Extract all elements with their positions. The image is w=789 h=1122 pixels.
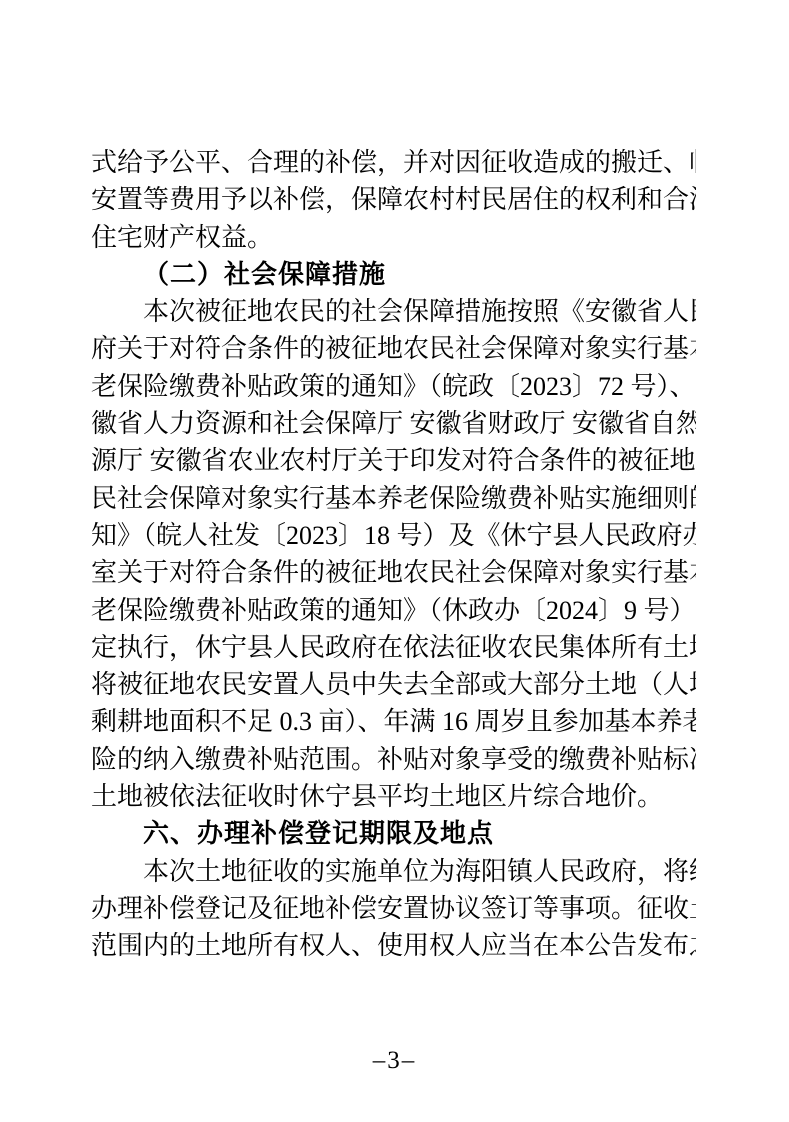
text-line: 范围内的土地所有权人、使用权人应当在本公告发布之日 <box>91 927 696 964</box>
document-page: 式给予公平、合理的补偿，并对因征收造成的搬迁、临时安置等费用予以补偿，保障农村村… <box>0 0 789 1122</box>
text-line: 式给予公平、合理的补偿，并对因征收造成的搬迁、临时 <box>91 144 696 181</box>
text-line: 险的纳入缴费补贴范围。补贴对象享受的缴费补贴标准为 <box>91 741 696 778</box>
document-body: 式给予公平、合理的补偿，并对因征收造成的搬迁、临时安置等费用予以补偿，保障农村村… <box>91 144 696 965</box>
heading-registration-deadline-location: 六、办理补偿登记期限及地点 <box>91 815 696 852</box>
text-line: 本次被征地农民的社会保障措施按照《安徽省人民政 <box>91 293 696 330</box>
text-line: 安置等费用予以补偿，保障农村村民居住的权利和合法的 <box>91 181 696 218</box>
text-line: 剩耕地面积不足 0.3 亩）、年满 16 周岁且参加基本养老保 <box>91 703 696 740</box>
heading-social-security-measures: （二）社会保障措施 <box>91 256 696 293</box>
text-line: 民社会保障对象实行基本养老保险缴费补贴实施细则的通 <box>91 480 696 517</box>
text-line: 土地被依法征收时休宁县平均土地区片综合地价。 <box>91 778 696 815</box>
text-line: 老保险缴费补贴政策的通知》（休政办〔2024〕9 号）的规 <box>91 592 696 629</box>
text-line: 徽省人力资源和社会保障厅 安徽省财政厅 安徽省自然资 <box>91 405 696 442</box>
text-line: 本次土地征收的实施单位为海阳镇人民政府，将组织 <box>91 853 696 890</box>
page-number: –3– <box>0 1047 789 1075</box>
text-line: 知》（皖人社发〔2023〕18 号）及《休宁县人民政府办公 <box>91 517 696 554</box>
text-line: 住宅财产权益。 <box>91 219 696 256</box>
text-line: 定执行，休宁县人民政府在依法征收农民集体所有土地时， <box>91 629 696 666</box>
text-line: 将被征地农民安置人员中失去全部或大部分土地（人均所 <box>91 666 696 703</box>
text-line: 府关于对符合条件的被征地农民社会保障对象实行基本养 <box>91 330 696 367</box>
text-line: 源厅 安徽省农业农村厅关于印发对符合条件的被征地农 <box>91 442 696 479</box>
text-line: 室关于对符合条件的被征地农民社会保障对象实行基本养 <box>91 554 696 591</box>
text-line: 办理补偿登记及征地补偿安置协议签订等事项。征收土地 <box>91 890 696 927</box>
text-line: 老保险缴费补贴政策的通知》（皖政〔2023〕72 号）、《安 <box>91 368 696 405</box>
